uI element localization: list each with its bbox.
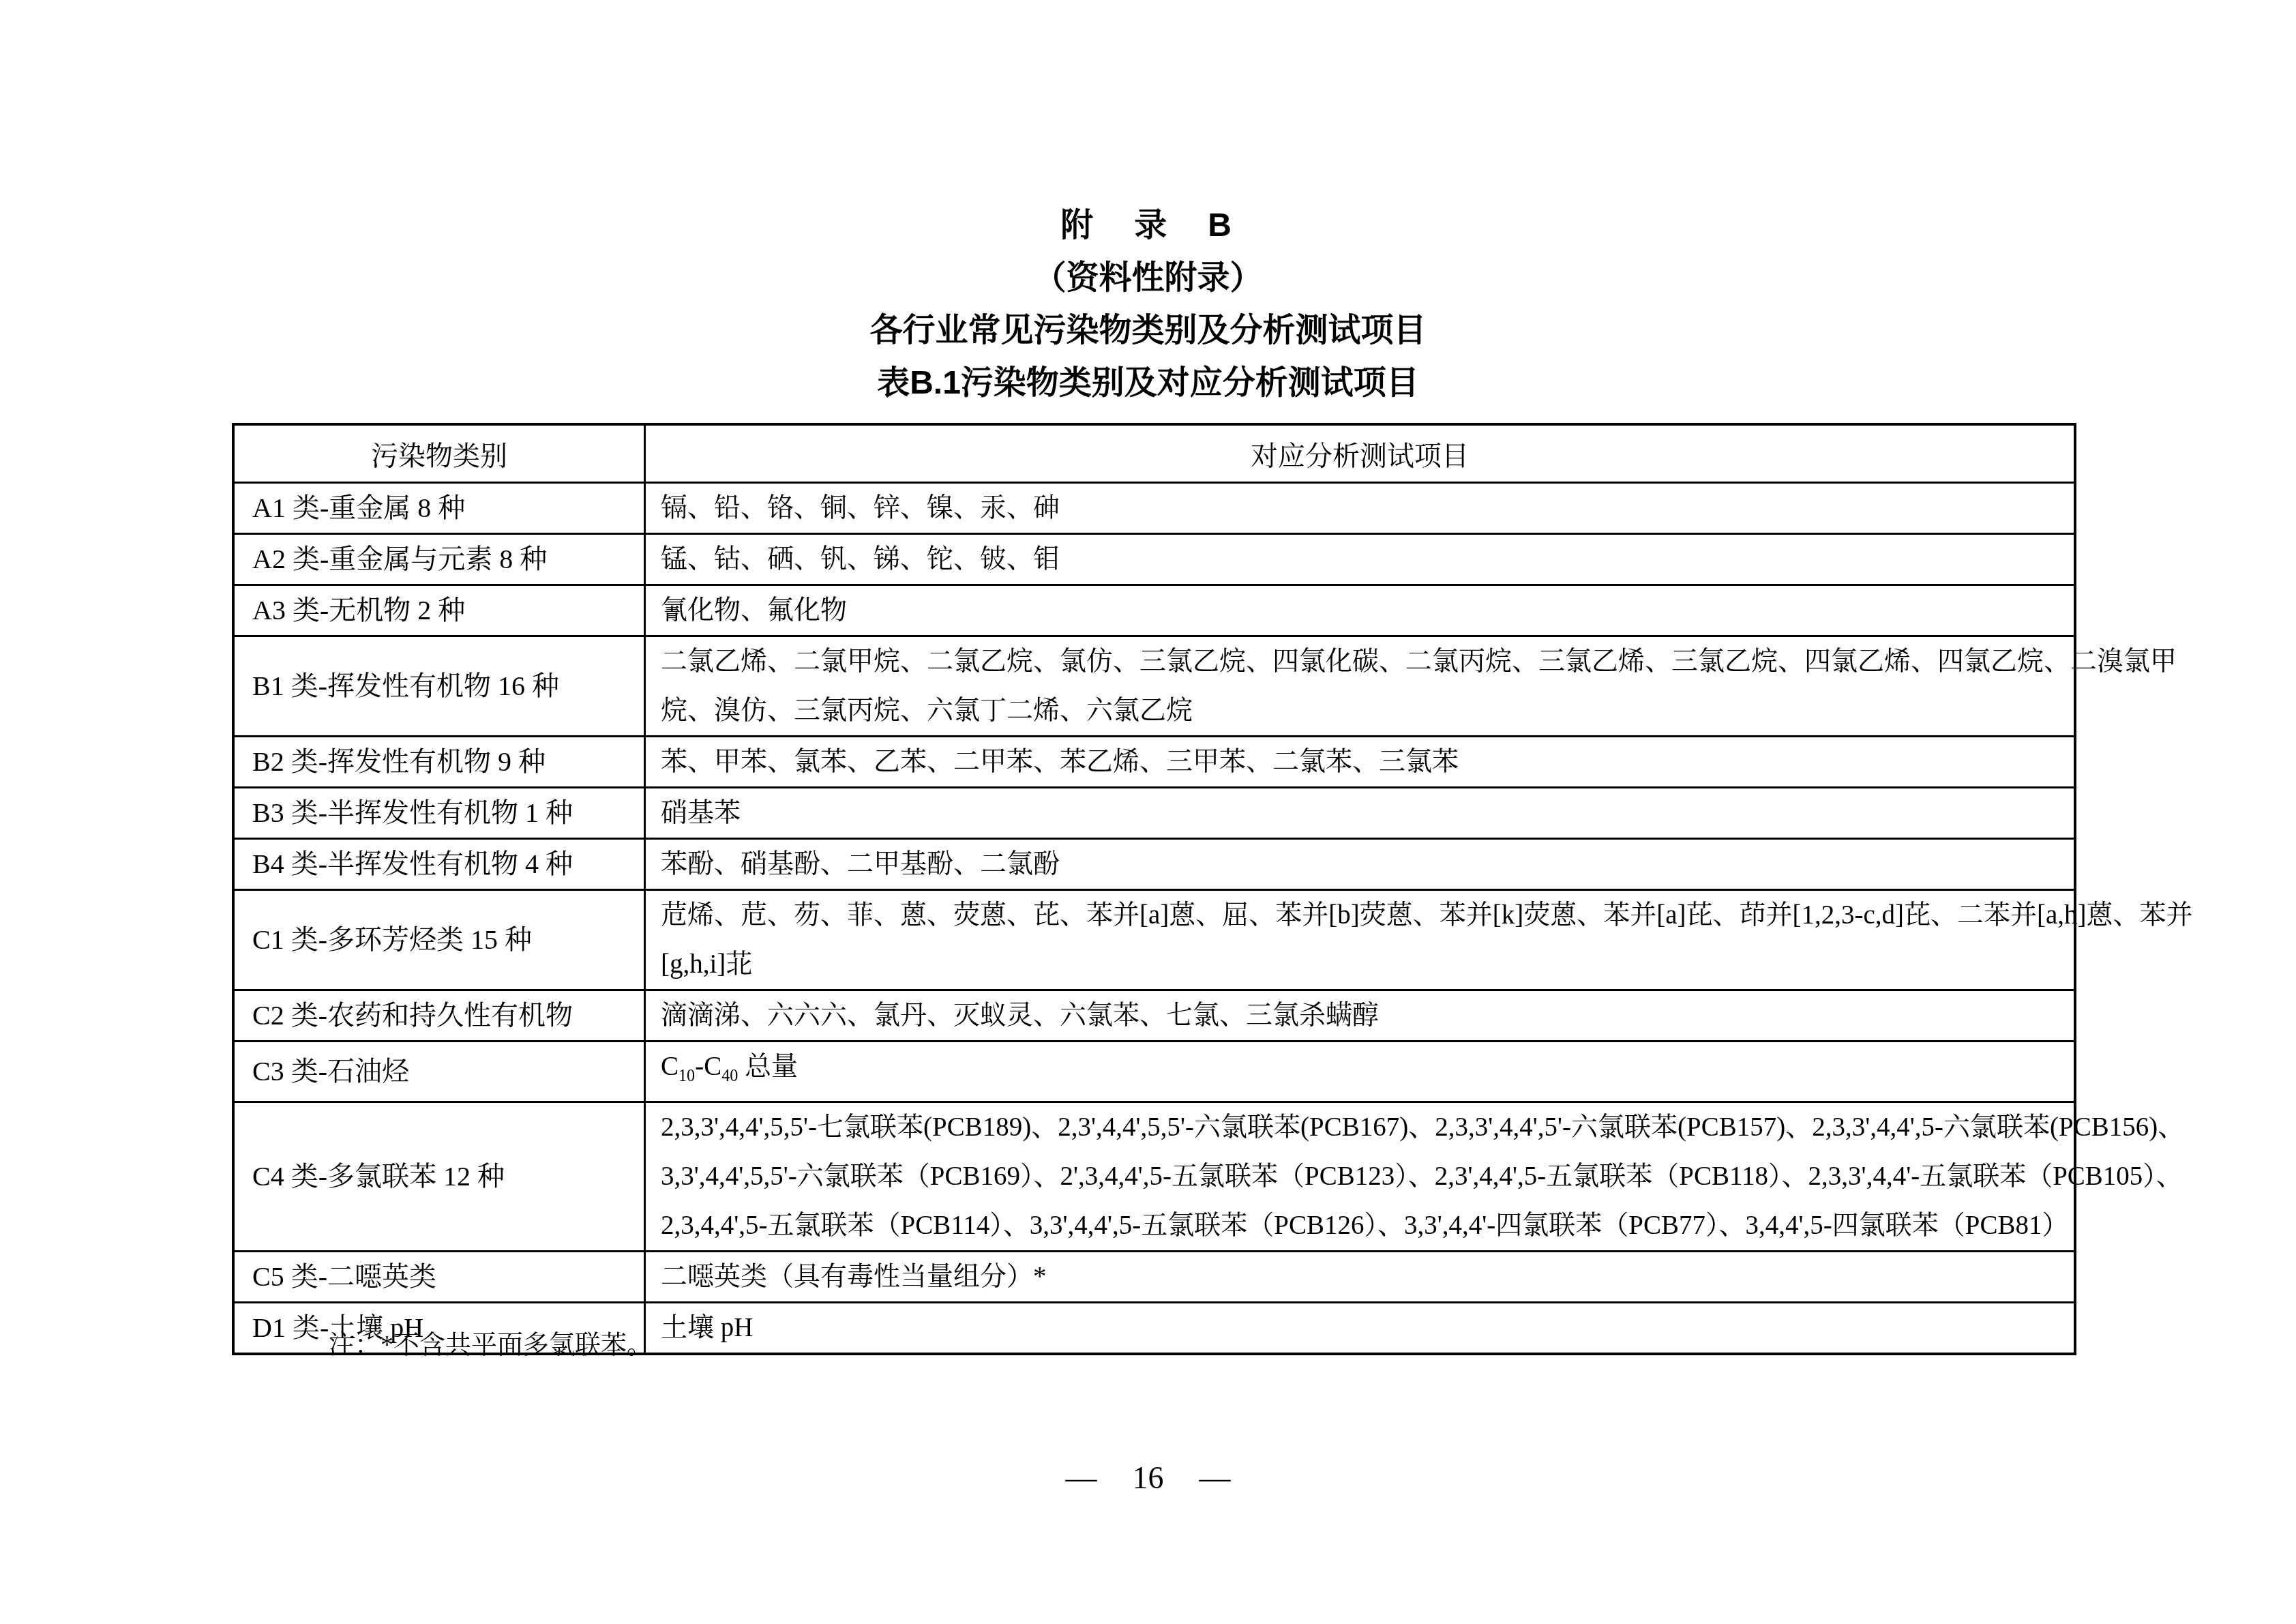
category-cell: C3 类-石油烃 bbox=[233, 1042, 645, 1102]
cell-line: 二氯乙烯、二氯甲烷、二氯乙烷、氯仿、三氯乙烷、四氯化碳、二氯丙烷、三氯乙烯、三氯… bbox=[661, 637, 2074, 686]
test-items-cell: 滴滴涕、六六六、氯丹、灭蚁灵、六氯苯、七氯、三氯杀螨醇 bbox=[645, 990, 2076, 1042]
document-page: 附 录 B （资料性附录） 各行业常见污染物类别及分析测试项目 表B.1污染物类… bbox=[0, 0, 2296, 1624]
cell-line: 土壤 pH bbox=[661, 1303, 2074, 1353]
test-items-cell: 苯、甲苯、氯苯、乙苯、二甲苯、苯乙烯、三甲苯、二氯苯、三氯苯 bbox=[645, 737, 2076, 788]
column-header-test-items: 对应分析测试项目 bbox=[645, 424, 2076, 483]
cell-line: B1 类-挥发性有机物 16 种 bbox=[252, 662, 644, 711]
cell-line: 氰化物、氟化物 bbox=[661, 586, 2074, 635]
footnote: 注：*不含共平面多氯联苯。 bbox=[329, 1323, 653, 1361]
table-row: C2 类-农药和持久性有机物滴滴涕、六六六、氯丹、灭蚁灵、六氯苯、七氯、三氯杀螨… bbox=[233, 990, 2075, 1042]
cell-line: C3 类-石油烃 bbox=[252, 1047, 644, 1096]
table-row: C4 类-多氯联苯 12 种2,3,3',4,4',5,5'-七氯联苯(PCB1… bbox=[233, 1102, 2075, 1251]
cell-line: B3 类-半挥发性有机物 1 种 bbox=[252, 788, 644, 838]
test-items-cell: 锰、钴、硒、钒、锑、铊、铍、钼 bbox=[645, 534, 2076, 585]
cell-line: C4 类-多氯联苯 12 种 bbox=[252, 1152, 644, 1201]
category-cell: C5 类-二噁英类 bbox=[233, 1251, 645, 1302]
cell-line: 滴滴涕、六六六、氯丹、灭蚁灵、六氯苯、七氯、三氯杀螨醇 bbox=[661, 991, 2074, 1040]
cell-line: 苯、甲苯、氯苯、乙苯、二甲苯、苯乙烯、三甲苯、二氯苯、三氯苯 bbox=[661, 737, 2074, 786]
test-items-cell: 2,3,3',4,4',5,5'-七氯联苯(PCB189)、2,3',4,4',… bbox=[645, 1102, 2076, 1251]
test-items-cell: 苯酚、硝基酚、二甲基酚、二氯酚 bbox=[645, 839, 2076, 890]
test-items-cell: 镉、铅、铬、铜、锌、镍、汞、砷 bbox=[645, 483, 2076, 534]
table-row: B2 类-挥发性有机物 9 种苯、甲苯、氯苯、乙苯、二甲苯、苯乙烯、三甲苯、二氯… bbox=[233, 737, 2075, 788]
table-row: A2 类-重金属与元素 8 种锰、钴、硒、钒、锑、铊、铍、钼 bbox=[233, 534, 2075, 585]
category-cell: B3 类-半挥发性有机物 1 种 bbox=[233, 788, 645, 839]
test-items-cell: 土壤 pH bbox=[645, 1302, 2076, 1354]
cell-line: A2 类-重金属与元素 8 种 bbox=[252, 535, 644, 584]
column-header-category: 污染物类别 bbox=[233, 424, 645, 483]
table-row: A3 类-无机物 2 种氰化物、氟化物 bbox=[233, 585, 2075, 636]
cell-line: 苊烯、苊、芴、菲、蒽、荧蒽、芘、苯并[a]蒽、屈、苯并[b]荧蒽、苯并[k]荧蒽… bbox=[661, 891, 2074, 940]
cell-line: C1 类-多环芳烃类 15 种 bbox=[252, 915, 644, 964]
appendix-heading: 各行业常见污染物类别及分析测试项目 bbox=[0, 304, 2296, 357]
test-items-cell: 二噁英类（具有毒性当量组分）* bbox=[645, 1251, 2076, 1302]
table-row: B3 类-半挥发性有机物 1 种硝基苯 bbox=[233, 788, 2075, 839]
cell-line: 二噁英类（具有毒性当量组分）* bbox=[661, 1252, 2074, 1301]
table-row: C1 类-多环芳烃类 15 种苊烯、苊、芴、菲、蒽、荧蒽、芘、苯并[a]蒽、屈、… bbox=[233, 890, 2075, 990]
cell-line: 镉、铅、铬、铜、锌、镍、汞、砷 bbox=[661, 484, 2074, 533]
cell-line: 苯酚、硝基酚、二甲基酚、二氯酚 bbox=[661, 840, 2074, 889]
cell-line: C5 类-二噁英类 bbox=[252, 1252, 644, 1301]
category-cell: A1 类-重金属 8 种 bbox=[233, 483, 645, 534]
category-cell: B1 类-挥发性有机物 16 种 bbox=[233, 636, 645, 737]
cell-line: 2,3,4,4',5-五氯联苯（PCB114）、3,3',4,4',5-五氯联苯… bbox=[661, 1201, 2074, 1250]
cell-line: C2 类-农药和持久性有机物 bbox=[252, 991, 644, 1040]
test-items-cell: 二氯乙烯、二氯甲烷、二氯乙烷、氯仿、三氯乙烷、四氯化碳、二氯丙烷、三氯乙烯、三氯… bbox=[645, 636, 2076, 737]
test-items-cell: 苊烯、苊、芴、菲、蒽、荧蒽、芘、苯并[a]蒽、屈、苯并[b]荧蒽、苯并[k]荧蒽… bbox=[645, 890, 2076, 990]
table-row: B1 类-挥发性有机物 16 种二氯乙烯、二氯甲烷、二氯乙烷、氯仿、三氯乙烷、四… bbox=[233, 636, 2075, 737]
title-block: 附 录 B （资料性附录） 各行业常见污染物类别及分析测试项目 表B.1污染物类… bbox=[0, 199, 2296, 409]
table-row: B4 类-半挥发性有机物 4 种苯酚、硝基酚、二甲基酚、二氯酚 bbox=[233, 839, 2075, 890]
cell-line: 硝基苯 bbox=[661, 788, 2074, 838]
cell-line: A1 类-重金属 8 种 bbox=[252, 484, 644, 533]
table-row: C3 类-石油烃C10-C40 总量 bbox=[233, 1042, 2075, 1102]
cell-line: B4 类-半挥发性有机物 4 种 bbox=[252, 840, 644, 889]
test-items-cell: 硝基苯 bbox=[645, 788, 2076, 839]
cell-line: A3 类-无机物 2 种 bbox=[252, 586, 644, 635]
cell-line: [g,h,i]苝 bbox=[661, 940, 2074, 989]
appendix-title: 附 录 B bbox=[0, 199, 2296, 252]
category-cell: B4 类-半挥发性有机物 4 种 bbox=[233, 839, 645, 890]
category-cell: A3 类-无机物 2 种 bbox=[233, 585, 645, 636]
table-body: A1 类-重金属 8 种镉、铅、铬、铜、锌、镍、汞、砷A2 类-重金属与元素 8… bbox=[233, 483, 2075, 1354]
cell-line: C10-C40 总量 bbox=[661, 1042, 2074, 1101]
table-caption: 表B.1污染物类别及对应分析测试项目 bbox=[0, 357, 2296, 409]
footer-dash-left: — bbox=[1066, 1460, 1097, 1495]
category-cell: A2 类-重金属与元素 8 种 bbox=[233, 534, 645, 585]
cell-line: 烷、溴仿、三氯丙烷、六氯丁二烯、六氯乙烷 bbox=[661, 686, 2074, 735]
test-items-cell: C10-C40 总量 bbox=[645, 1042, 2076, 1102]
test-items-cell: 氰化物、氟化物 bbox=[645, 585, 2076, 636]
appendix-subtitle: （资料性附录） bbox=[0, 252, 2296, 304]
table-row: A1 类-重金属 8 种镉、铅、铬、铜、锌、镍、汞、砷 bbox=[233, 483, 2075, 534]
category-cell: C2 类-农药和持久性有机物 bbox=[233, 990, 645, 1042]
pollutant-table: 污染物类别 对应分析测试项目 A1 类-重金属 8 种镉、铅、铬、铜、锌、镍、汞… bbox=[232, 423, 2076, 1355]
cell-line: 3,3',4,4',5,5'-六氯联苯（PCB169）、2',3,4,4',5-… bbox=[661, 1152, 2074, 1201]
footer-dash-right: — bbox=[1199, 1460, 1231, 1495]
page-number: 16 bbox=[1133, 1460, 1164, 1495]
category-cell: B2 类-挥发性有机物 9 种 bbox=[233, 737, 645, 788]
table-row: C5 类-二噁英类二噁英类（具有毒性当量组分）* bbox=[233, 1251, 2075, 1302]
cell-line: 2,3,3',4,4',5,5'-七氯联苯(PCB189)、2,3',4,4',… bbox=[661, 1103, 2074, 1152]
category-cell: C4 类-多氯联苯 12 种 bbox=[233, 1102, 645, 1251]
cell-line: B2 类-挥发性有机物 9 种 bbox=[252, 737, 644, 786]
category-cell: C1 类-多环芳烃类 15 种 bbox=[233, 890, 645, 990]
cell-line: 锰、钴、硒、钒、锑、铊、铍、钼 bbox=[661, 535, 2074, 584]
table-header-row: 污染物类别 对应分析测试项目 bbox=[233, 424, 2075, 483]
page-footer: —16— bbox=[0, 1460, 2296, 1496]
